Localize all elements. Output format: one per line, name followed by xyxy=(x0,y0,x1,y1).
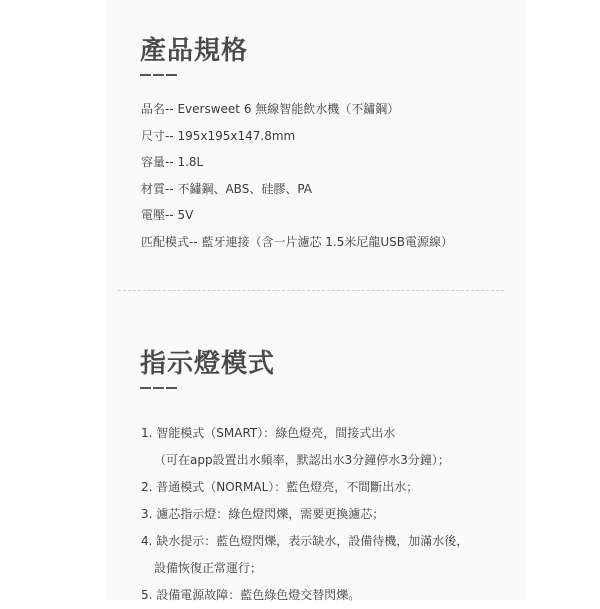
indicator-title: 指示燈模式 xyxy=(140,343,275,380)
mode-item-filter: 3. 濾芯指示燈：綠色燈閃爍，需要更換濾芯； xyxy=(141,501,468,528)
spec-item-size: 尺寸-- 195x195x147.8mm xyxy=(141,123,453,150)
mode-item-smart: 1. 智能模式（SMART）：綠色燈亮，間接式出水 xyxy=(141,420,468,447)
specs-title: 產品規格 xyxy=(140,30,248,67)
mode-item-low-water-cont: 設備恢復正常運行； xyxy=(141,555,468,582)
mode-item-smart-note: （可在app設置出水頻率，默認出水3分鐘停水3分鐘）； xyxy=(141,447,468,474)
spec-item-material: 材質-- 不鏽鋼、ABS、硅膠、PA xyxy=(141,176,453,203)
specs-list: 品名-- Eversweet 6 無線智能飲水機（不鏽鋼） 尺寸-- 195x1… xyxy=(141,96,453,255)
mode-item-normal: 2. 普通模式（NORMAL）：藍色燈亮，不間斷出水； xyxy=(141,474,468,501)
mode-item-power-fault: 5. 設備電源故障：藍色綠色燈交替閃爍。 xyxy=(141,582,468,600)
section-divider xyxy=(118,290,504,291)
indicator-title-underline xyxy=(140,387,177,389)
specs-title-underline xyxy=(140,74,177,76)
spec-item-pairing: 匹配模式-- 藍牙連接（含一片濾芯 1.5米尼龍USB電源線） xyxy=(141,229,453,256)
mode-item-low-water: 4. 缺水提示：藍色燈閃爍，表示缺水，設備待機，加滿水後， xyxy=(141,528,468,555)
indicator-mode-list: 1. 智能模式（SMART）：綠色燈亮，間接式出水 （可在app設置出水頻率，默… xyxy=(141,420,468,600)
spec-item-name: 品名-- Eversweet 6 無線智能飲水機（不鏽鋼） xyxy=(141,96,453,123)
spec-item-capacity: 容量-- 1.8L xyxy=(141,149,453,176)
spec-item-voltage: 電壓-- 5V xyxy=(141,202,453,229)
